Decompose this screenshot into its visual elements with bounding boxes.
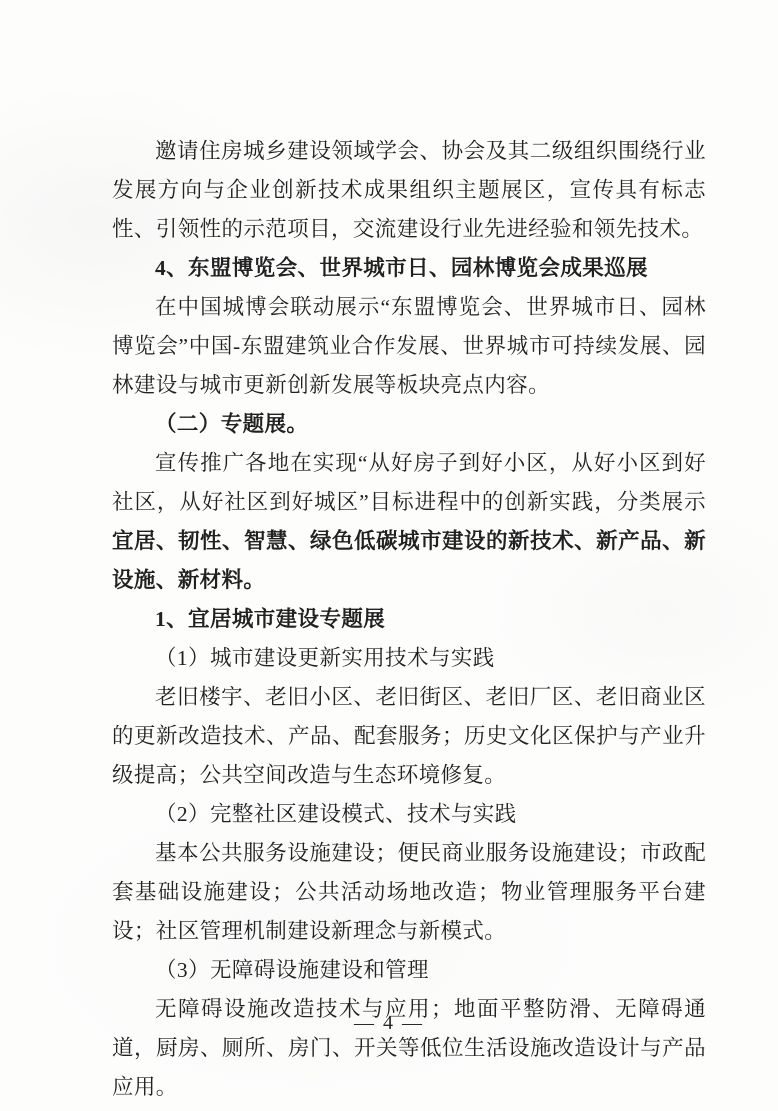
subheading-3-barrier-free: （3）无障碍设施建设和管理 [112, 951, 706, 990]
subheading-1-urban-renewal: （1）城市建设更新实用技术与实践 [112, 639, 706, 678]
heading-item1-livable-city: 1、宜居城市建设专题展 [112, 600, 706, 639]
paragraph-old-districts: 老旧楼宇、老旧小区、老旧街区、老旧厂区、老旧商业区的更新改造技术、产品、配套服务… [112, 678, 706, 795]
heading-section2-special-exhibition: （二）专题展。 [112, 405, 706, 444]
subheading-2-complete-community: （2）完整社区建设模式、技术与实践 [112, 795, 706, 834]
document-body: 邀请住房城乡建设领域学会、协会及其二级组织围绕行业发展方向与企业创新技术成果组织… [112, 132, 706, 1107]
paragraph-regular-run: 宣传推广各地在实现“从好房子到好小区，从好小区到好社区，从好社区到好城区”目标进… [112, 451, 706, 514]
heading-item4-expo-tour: 4、东盟博览会、世界城市日、园林博览会成果巡展 [112, 249, 706, 288]
paragraph-bold-run: 宜居、韧性、智慧、绿色低碳城市建设的新技术、新产品、新设施、新材料。 [112, 529, 706, 592]
scanned-document-page: 邀请住房城乡建设领域学会、协会及其二级组织围绕行业发展方向与企业创新技术成果组织… [0, 0, 778, 1111]
paragraph-barrier-free-detail: 无障碍设施改造技术与应用；地面平整防滑、无障碍通道，厨房、厕所、房门、开关等低位… [112, 990, 706, 1107]
page-number: — 4 — [0, 1012, 778, 1035]
paragraph-promotion-goals: 宣传推广各地在实现“从好房子到好小区，从好小区到好社区，从好社区到好城区”目标进… [112, 444, 706, 600]
paragraph-expo-linkage: 在中国城博会联动展示“东盟博览会、世界城市日、园林博览会”中国-东盟建筑业合作发… [112, 288, 706, 405]
paragraph-community-services: 基本公共服务设施建设；便民商业服务设施建设；市政配套基础设施建设；公共活动场地改… [112, 834, 706, 951]
paragraph-invite-associations: 邀请住房城乡建设领域学会、协会及其二级组织围绕行业发展方向与企业创新技术成果组织… [112, 132, 706, 249]
